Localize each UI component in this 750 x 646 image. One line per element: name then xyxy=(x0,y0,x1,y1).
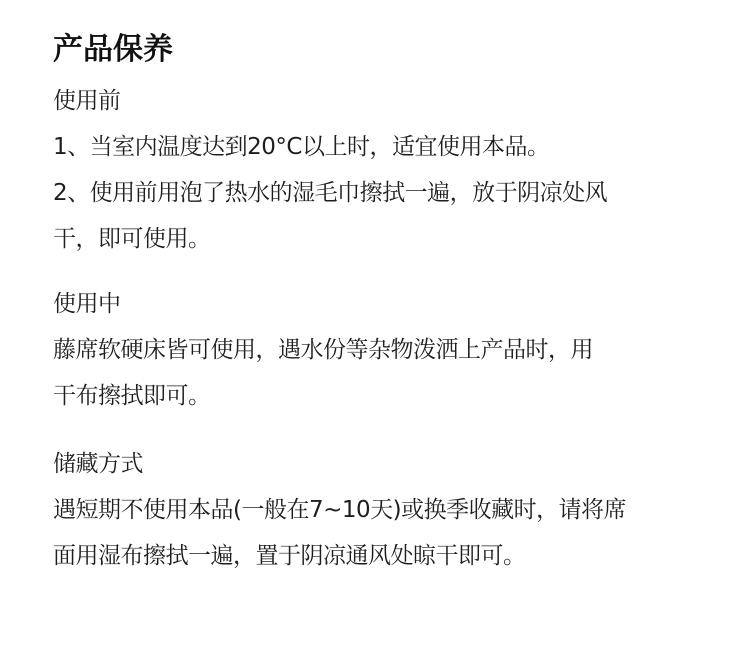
section-in-use-line: 干布擦拭即可。 xyxy=(53,377,211,410)
section-before-use-line: 1、当室内温度达到20°C以上时，适宜使用本品。 xyxy=(53,128,549,161)
section-before-use-line: 干，即可使用。 xyxy=(53,220,211,253)
section-in-use-line: 藤席软硬床皆可使用，遇水份等杂物泼洒上产品时，用 xyxy=(53,331,593,364)
section-before-use-line: 2、使用前用泡了热水的湿毛巾擦拭一遍，放于阴凉处风 xyxy=(53,174,607,207)
page-title: 产品保养 xyxy=(53,24,173,68)
section-storage-line: 面用湿布擦拭一遍，置于阴凉通风处晾干即可。 xyxy=(53,537,526,570)
section-before-use-heading: 使用前 xyxy=(53,82,121,115)
section-storage-heading: 储藏方式 xyxy=(53,445,143,478)
section-in-use-heading: 使用中 xyxy=(53,285,121,318)
section-storage-line: 遇短期不使用本品(一般在7~10天)或换季收藏时，请将席 xyxy=(53,491,626,524)
